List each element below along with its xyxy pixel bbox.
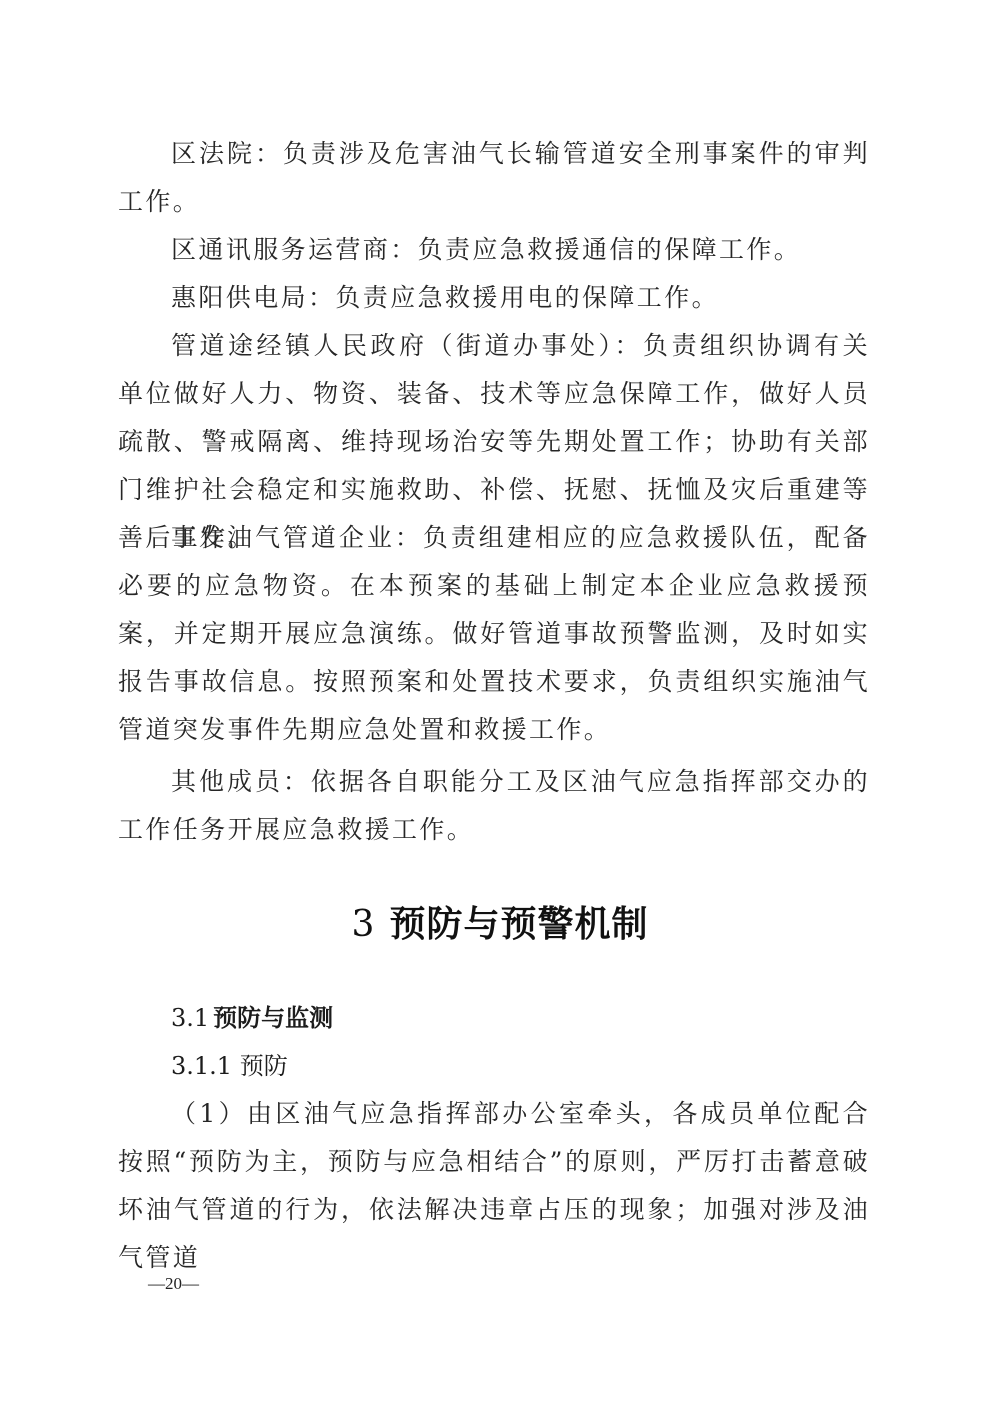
chapter-number: 3: [352, 904, 376, 945]
paragraph-prevention-1: （1）由区油气应急指挥部办公室牵头，各成员单位配合按照“预防为主，预防与应急相结…: [118, 1090, 870, 1282]
paragraph-pipeline-enterprise: 事发油气管道企业：负责组建相应的应急救援队伍，配备必要的应急物资。在本预案的基础…: [118, 514, 870, 754]
paragraph-other-members: 其他成员：依据各自职能分工及区油气应急指挥部交办的工作任务开展应急救援工作。: [118, 758, 870, 854]
subsection-number: 3.1.1: [171, 1052, 232, 1080]
chapter-heading: 3预防与预警机制: [0, 896, 1000, 953]
section-number: 3.1: [171, 1004, 209, 1032]
subsection-title-text: 预防: [240, 1052, 288, 1080]
subsection-heading: 3.1.1 预防: [171, 1046, 288, 1086]
paragraph-telecom: 区通讯服务运营商：负责应急救援通信的保障工作。: [118, 226, 870, 274]
chapter-title-text: 预防与预警机制: [389, 903, 648, 945]
paragraph-court: 区法院：负责涉及危害油气长输管道安全刑事案件的审判工作。: [118, 130, 870, 226]
paragraph-power-bureau: 惠阳供电局：负责应急救援用电的保障工作。: [118, 274, 870, 322]
document-page: 区法院：负责涉及危害油气长输管道安全刑事案件的审判工作。 区通讯服务运营商：负责…: [0, 0, 1000, 1414]
page-number: —20—: [148, 1272, 199, 1296]
section-title-text: 预防与监测: [213, 1003, 333, 1032]
section-heading: 3.1预防与监测: [171, 998, 333, 1038]
